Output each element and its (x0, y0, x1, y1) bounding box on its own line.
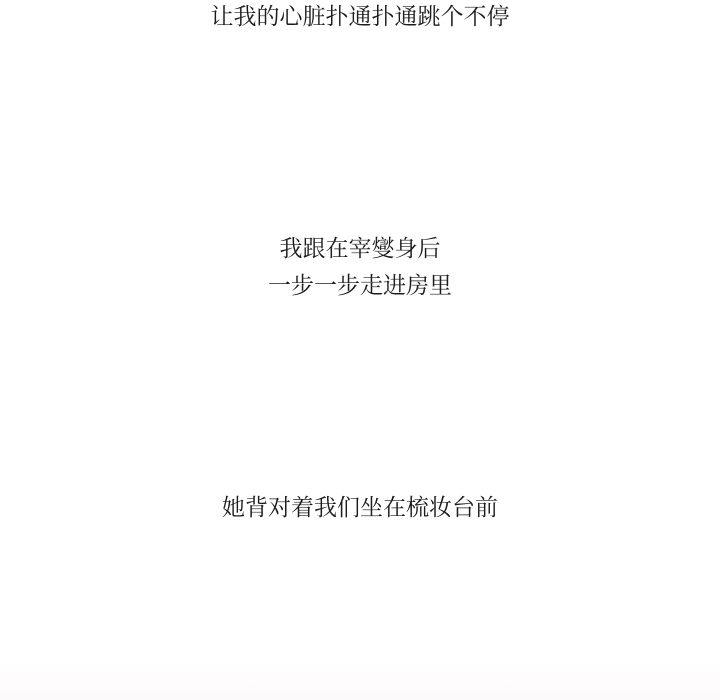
caption-following: 我跟在宰燮身后 一步一步走进房里 (0, 231, 720, 305)
caption-dressing-table: 她背对着我们坐在梳妆台前 (0, 490, 720, 527)
caption-line: 她背对着我们坐在梳妆台前 (0, 490, 720, 527)
caption-line: 让我的心脏扑通扑通跳个不停 (0, 0, 720, 36)
caption-heartbeat: 让我的心脏扑通扑通跳个不停 (0, 0, 720, 36)
caption-line: 我跟在宰燮身后 (0, 231, 720, 268)
bottom-artwork-fade (0, 660, 720, 700)
caption-line: 一步一步走进房里 (0, 268, 720, 305)
comic-panel: 让我的心脏扑通扑通跳个不停 我跟在宰燮身后 一步一步走进房里 她背对着我们坐在梳… (0, 0, 720, 700)
